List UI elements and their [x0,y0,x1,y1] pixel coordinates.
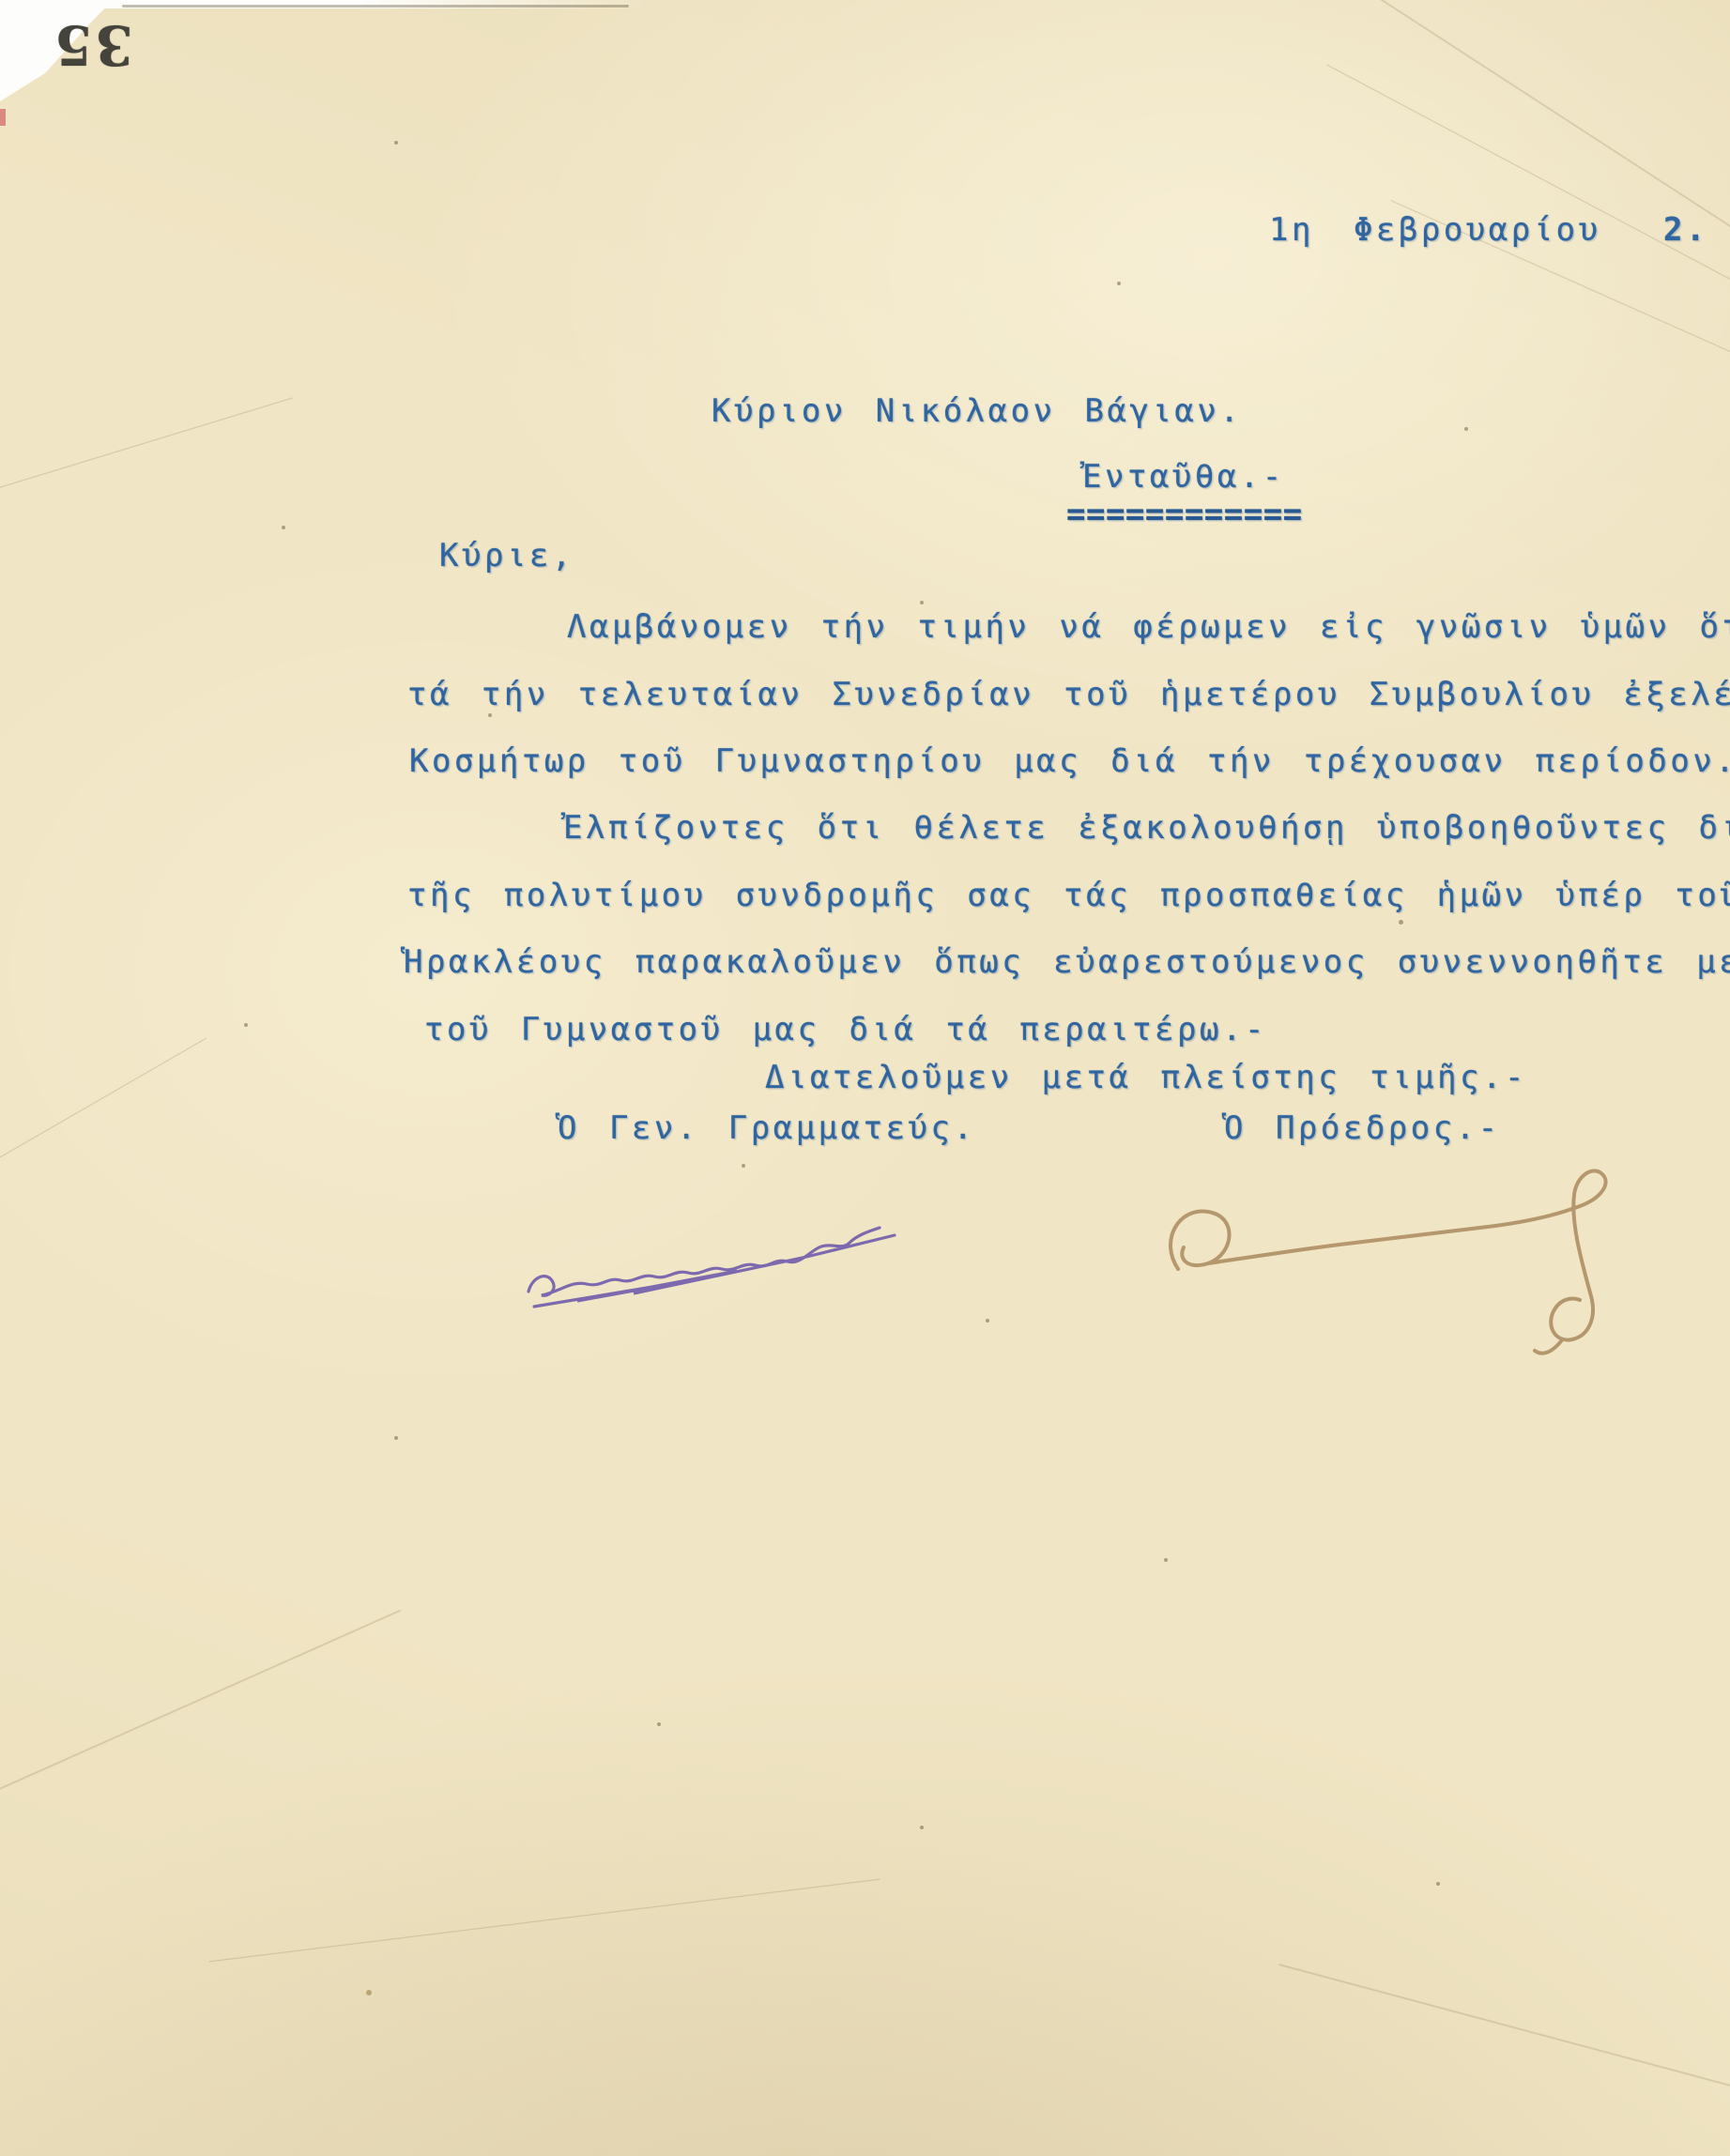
body-line: τά τήν τελευταίαν Συνεδρίαν τοῦ ἡμετέρου… [407,676,1730,713]
paper-crease [209,1878,880,1963]
body-line: Κοσμήτωρ τοῦ Γυμναστηρίου μας διά τήν τρ… [409,742,1730,780]
paper-crease [0,397,293,506]
secretary-signature-purple-ink [512,1209,915,1326]
place-underline: ============ [1066,496,1303,533]
date-line: 1η Φεβρουαρίου 2. [1269,211,1708,249]
date-month: Φεβρουαρίου [1354,211,1601,249]
paper-crease [1278,1964,1730,2102]
paper-speck [920,1826,924,1829]
recipient-line: Κύριον Νικόλαον Βάγιαν. [712,392,1242,430]
paper-speck [920,601,924,604]
paper-speck [986,1319,989,1323]
paper-edge-shadow [122,5,629,8]
place-line: Ἐνταῦθα.- [1082,458,1285,496]
secretary-title: Ὁ Γεν. Γραμματεύς. [558,1109,975,1147]
date-day: 1η [1269,211,1314,249]
paper-speck [1164,1558,1168,1562]
paper-speck [244,1023,248,1027]
closing-line: Διατελοῦμεν μετά πλείστης τιμῆς.- [765,1059,1527,1096]
paper-speck [657,1722,661,1726]
body-line: τοῦ Γυμναστοῦ μας διά τά περαιτέρω.- [424,1011,1267,1048]
paper-speck [1399,920,1403,925]
paper-speck [1464,427,1468,431]
paper-speck [1436,1882,1440,1886]
paper-speck [742,1164,745,1168]
paper-speck [394,1436,398,1440]
president-title: Ὁ Πρόεδρος.- [1224,1109,1501,1147]
red-edge-mark [0,109,6,126]
scanned-letter-page: 35 1η Φεβρουαρίου 2. Κύριον Νικόλαον Βάγ… [0,0,1730,2156]
paper-crease [0,1609,401,1817]
president-signature-brown-ink [1122,1154,1661,1356]
paper-speck [366,1990,372,1995]
body-line: Λαμβάνομεν τήν τιμήν νά φέρωμεν εἰς γνῶσ… [567,608,1730,646]
body-line: τῆς πολυτίμου συνδρομῆς σας τάς προσπαθε… [407,877,1730,914]
paper-speck [394,141,398,145]
paper-speck [282,526,285,529]
body-line: Ἐλπίζοντες ὅτι θέλετε ἐξακολουθήσῃ ὑποβο… [563,809,1730,847]
body-line: Ἡρακλέους παρακαλοῦμεν ὅπως εὐαρεστούμεν… [404,943,1730,981]
paper-speck [1117,282,1121,285]
archive-number-stamp: 35 [52,13,133,77]
salutation: Κύριε, [439,537,574,574]
date-year-fragment: 2. [1663,211,1708,249]
paper-speck [488,713,492,717]
paper-crease [0,1037,207,1180]
